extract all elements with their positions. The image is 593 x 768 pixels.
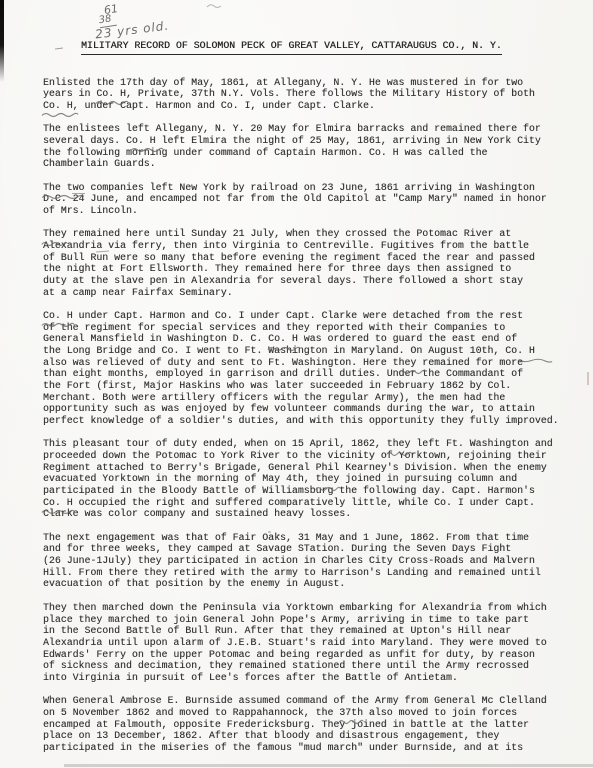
handwritten-squiggle-underline	[41, 111, 79, 118]
scan-edge-artifact-left	[0, 0, 4, 82]
handwritten-squiggle-underline	[41, 240, 68, 247]
paragraph-9: When General Ambrose E. Burnside assumed…	[43, 695, 591, 753]
handwritten-squiggle-underline	[267, 345, 301, 352]
paragraph-1: Enlisted the 17th day of May, 1861, at A…	[43, 77, 591, 112]
paragraph-8: They then marched down the Peninsula via…	[43, 602, 591, 684]
pencil-dash-mark	[55, 47, 63, 49]
handwritten-squiggle-underline	[41, 508, 75, 515]
pencil-tick-mark	[206, 2, 222, 10]
handwritten-squiggle-underline	[338, 718, 364, 725]
handwritten-squiggle-underline	[517, 357, 553, 364]
document-body: Enlisted the 17th day of May, 1861, at A…	[43, 77, 591, 766]
handwritten-squiggle-underline	[130, 146, 164, 153]
document-title: MILITARY RECORD OF SOLOMON PECK OF GREAT…	[81, 41, 502, 55]
scanned-document-page: 61 38 23 yrs old. MILITARY RECORD OF SOL…	[0, 0, 593, 768]
handwritten-squiggle-underline	[41, 321, 75, 328]
handwritten-squiggle-underline	[95, 99, 129, 106]
paragraph-6: This pleasant tour of duty ended, when o…	[43, 438, 591, 520]
paragraph-7: The next engagement was that of Fair Oak…	[43, 532, 591, 590]
handwritten-squiggle-underline	[398, 368, 426, 375]
handwritten-squiggle-underline	[315, 485, 341, 492]
paragraph-2: The enlistees left Allegany, N. Y. 20 Ma…	[43, 123, 591, 170]
handwritten-squiggle-underline	[386, 450, 412, 457]
paragraph-5: Co. H under Capt. Harmon and Co. I under…	[43, 310, 591, 427]
paragraph-3: The two companies left New York by railr…	[43, 182, 591, 217]
pencil-overline-mark	[72, 193, 85, 194]
paragraph-4: They remained here until Sunday 21 July,…	[43, 228, 591, 298]
